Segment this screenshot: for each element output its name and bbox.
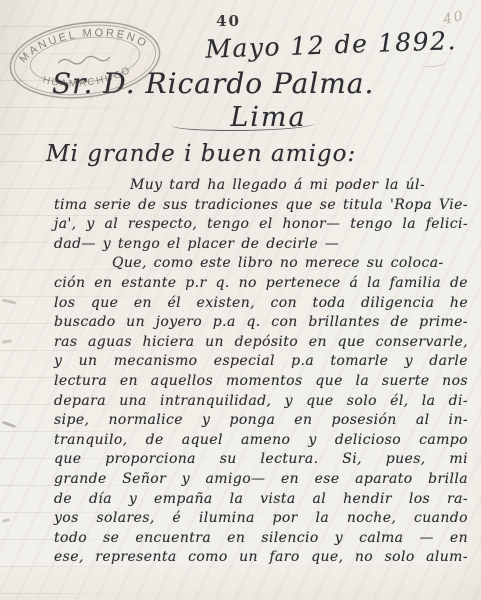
body-line: Que, como este libro no merece su coloca… [54,254,468,274]
salutation-line: Mi grande i buen amigo: [46,141,481,167]
body-line: los que en él existen, con toda diligenc… [54,294,468,314]
body-line: lectura en aquellos momentos que la suer… [54,372,468,392]
body-line: todo se encuentra en silencio y calma — … [54,529,468,549]
body-line: de día y empaña la vista al hendir los r… [54,490,468,510]
city-name: Lima [230,102,306,133]
letter-body: Muy tard ha llegado á mi poder la úl- ti… [0,176,481,568]
stamp-flourish [58,54,110,66]
body-line: ese, representa como un faro que, no sol… [54,548,468,568]
body-line: Muy tard ha llegado á mi poder la úl- [54,176,468,196]
body-line: ción en estante p.r q. no pertenece á la… [54,274,468,294]
city-line: Lima [0,102,481,133]
body-line: depara una intranquilidad, y que solo él… [54,392,468,412]
body-line: ras aguas hiciera un depósito en que con… [54,333,468,353]
body-line: grande Señor y amigo— en ese aparato bri… [54,470,468,490]
body-line: yos solares, é ilumina por la noche, cua… [54,509,468,529]
body-line: tranquilo, de aquel ameno y delicioso ca… [54,431,468,451]
body-line: sipe, normalice y ponga en posesión al i… [54,411,468,431]
body-line: y un mecanismo especial p.a tomarle y da… [54,352,468,372]
body-line: dad— y tengo el placer de decirle — [54,235,468,255]
body-line: tima serie de sus tradiciones que se tit… [54,196,468,216]
body-line: que proporciona su lectura. Si, pues, mi [54,450,468,470]
letter-page: MANUEL MORENO HUAMACHUCO 40 40 Mayo 12 d… [0,0,481,600]
body-line: buscado un joyero p.a q. con brillantes … [54,313,468,333]
body-line: ja', y al respecto, tengo el honor— teng… [54,215,468,235]
